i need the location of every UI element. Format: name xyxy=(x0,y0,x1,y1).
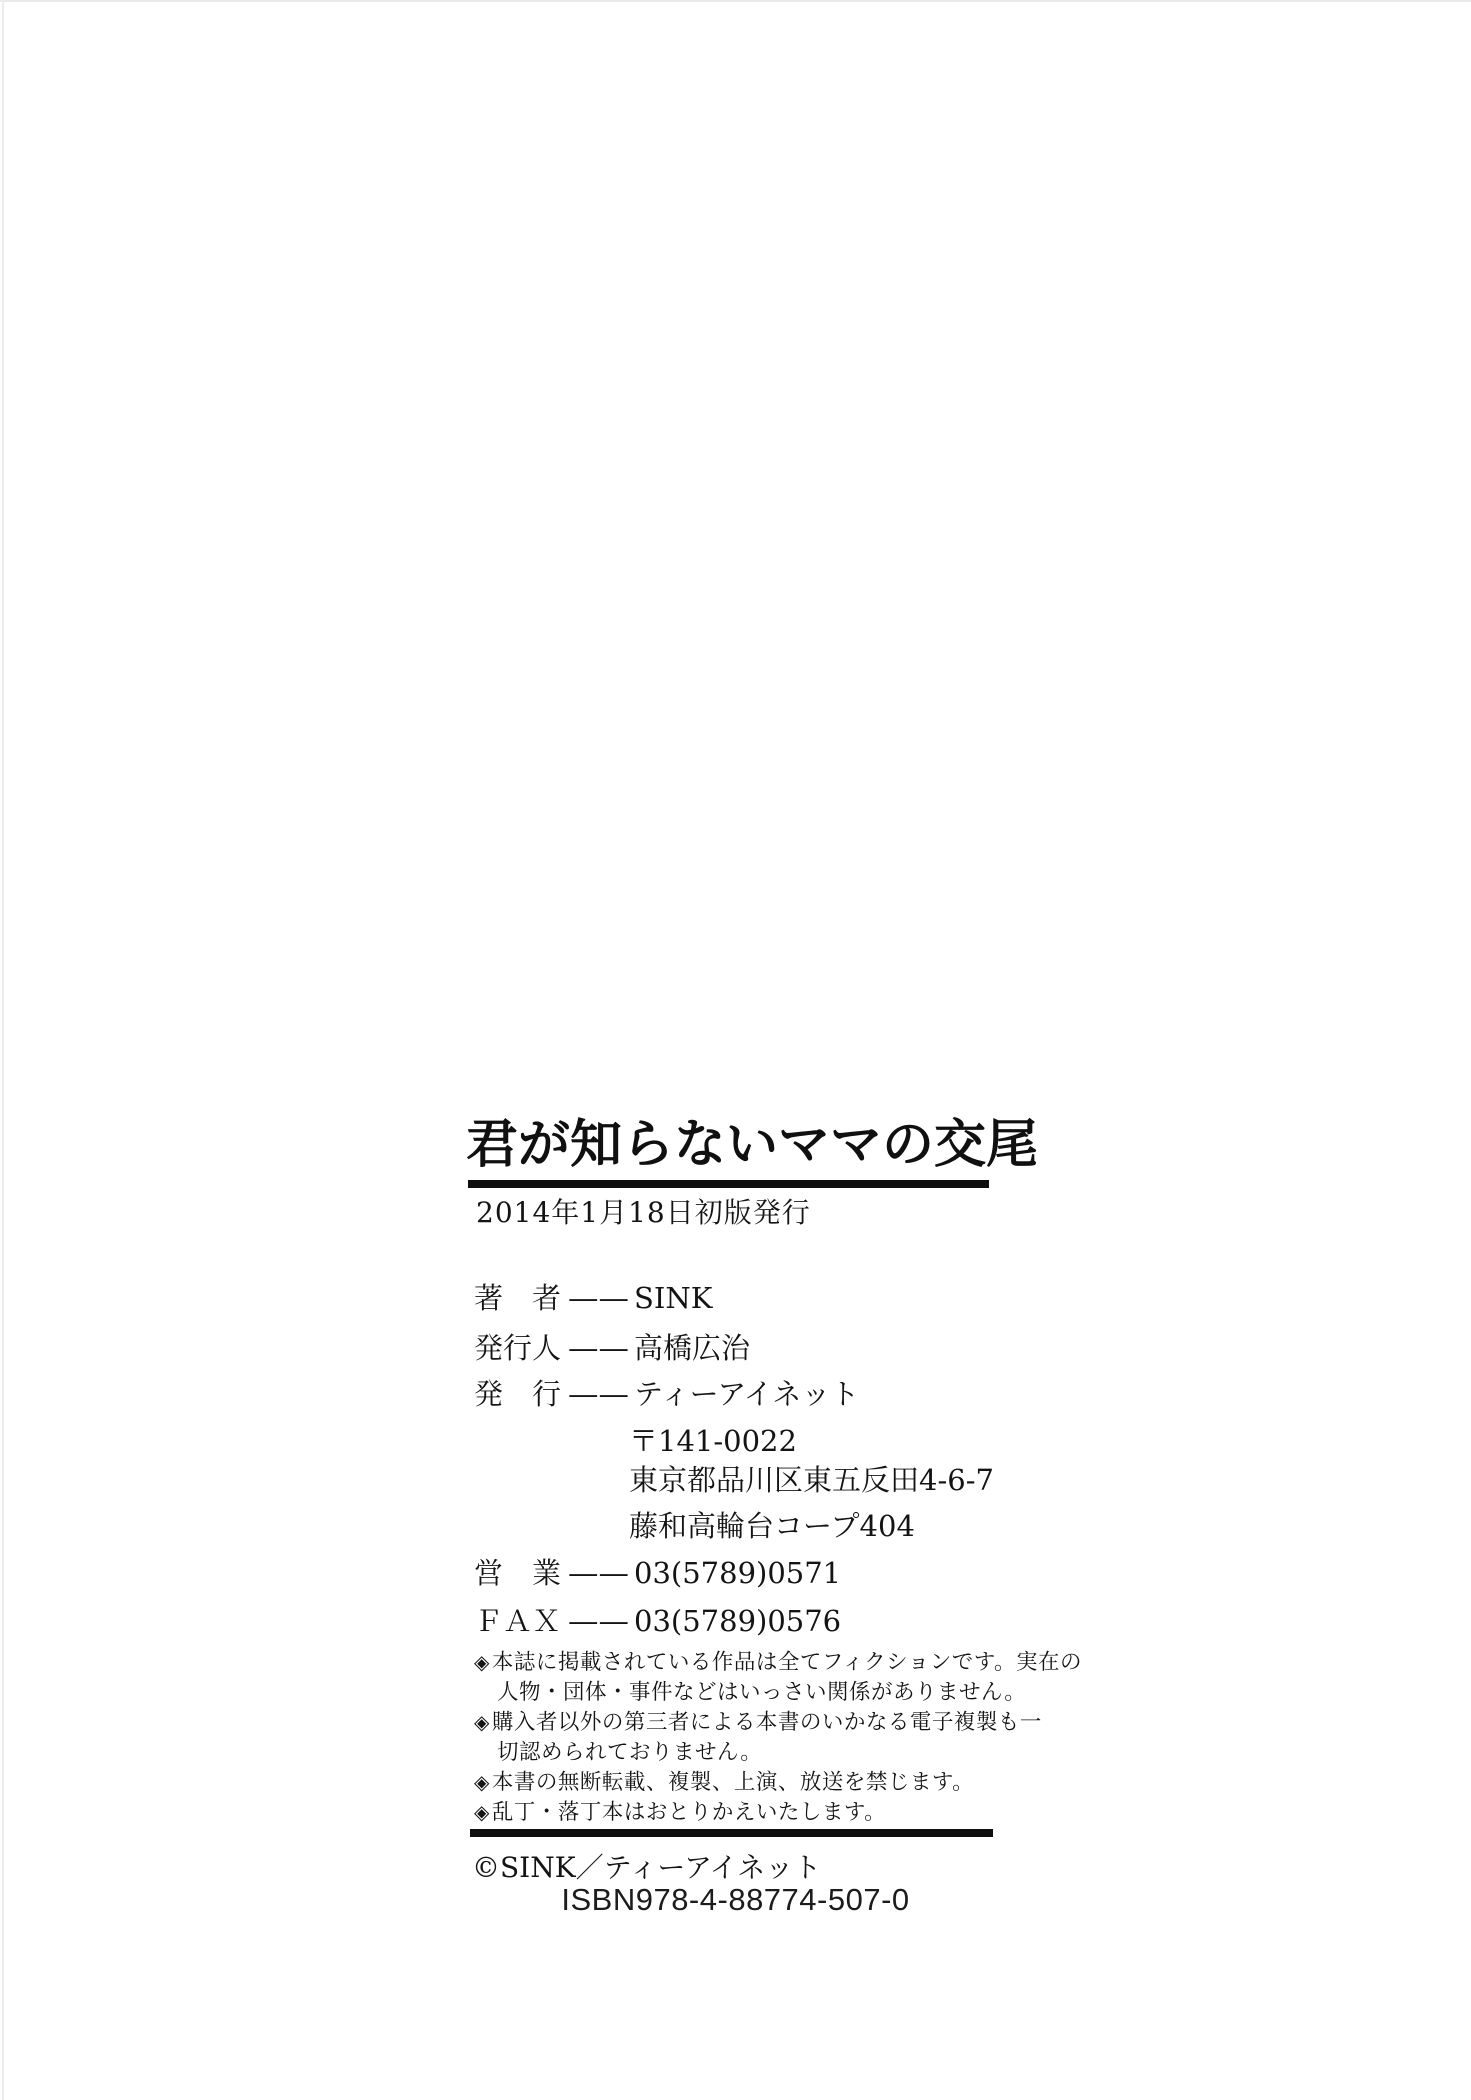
sales-phone-row: 営 業——03(5789)0571 xyxy=(474,1551,841,1592)
double-diamond-icon: ◈ xyxy=(474,1770,490,1794)
notice-fiction-line1: ◈本誌に掲載されている作品は全てフィクションです。実在の xyxy=(474,1645,1082,1676)
issuer-value: 高橋広治 xyxy=(634,1331,750,1365)
notice-text: 切認められておりません。 xyxy=(497,1740,762,1765)
notice-text: 乱丁・落丁本はおとりかえいたします。 xyxy=(492,1800,886,1825)
postal-code: 〒141-0022 xyxy=(629,1419,797,1460)
issuer-row: 発行人——高橋広治 xyxy=(474,1326,750,1367)
isbn: ISBN978-4-88774-507-0 xyxy=(0,1882,1471,1918)
scan-edge-top xyxy=(0,0,1471,2)
leader-dash: —— xyxy=(568,1604,629,1638)
notice-copy-line1: ◈購入者以外の第三者による本書のいかなる電子複製も一 xyxy=(474,1705,1042,1736)
edition-date: 2014年1月18日初版発行 xyxy=(476,1191,811,1231)
notice-fiction-line2: 人物・団体・事件などはいっさい関係がありません。 xyxy=(497,1675,1026,1706)
leader-dash: —— xyxy=(568,1556,629,1590)
notice-reprint: ◈本書の無断転載、複製、上演、放送を禁じます。 xyxy=(474,1765,974,1796)
issuer-label: 発行人 xyxy=(474,1326,568,1367)
copyright-line: ©SINK／ティーアイネット xyxy=(472,1846,821,1886)
double-diamond-icon: ◈ xyxy=(474,1650,490,1674)
notice-text: 購入者以外の第三者による本書のいかなる電子複製も一 xyxy=(492,1710,1042,1735)
publisher-value: ティーアイネット xyxy=(634,1377,859,1411)
notice-text: 本誌に掲載されている作品は全てフィクションです。実在の xyxy=(492,1650,1082,1675)
address-line: 藤和高輪台コープ404 xyxy=(629,1504,915,1545)
notice-text: 人物・団体・事件などはいっさい関係がありません。 xyxy=(497,1680,1026,1705)
notice-copy-line2: 切認められておりません。 xyxy=(497,1735,762,1766)
publisher-row: 発 行——ティーアイネット xyxy=(474,1372,859,1413)
leader-dash: —— xyxy=(568,1377,629,1411)
fax-row: ＦＡＸ——03(5789)0576 xyxy=(474,1599,841,1640)
notice-defective-copy: ◈乱丁・落丁本はおとりかえいたします。 xyxy=(474,1795,886,1826)
fax-label: ＦＡＸ xyxy=(474,1599,568,1640)
leader-dash: —— xyxy=(568,1281,629,1315)
leader-dash: —— xyxy=(568,1331,629,1365)
fax-number: 03(5789)0576 xyxy=(634,1604,841,1638)
book-title: 君が知らないママの交尾 xyxy=(466,1102,1038,1177)
author-row: 著 者——SINK xyxy=(474,1276,712,1317)
notice-text: 本書の無断転載、複製、上演、放送を禁じます。 xyxy=(492,1770,974,1795)
scan-edge-left xyxy=(2,0,4,2100)
title-divider-rule xyxy=(468,1180,989,1188)
publisher-label: 発 行 xyxy=(474,1372,568,1413)
sales-label: 営 業 xyxy=(474,1551,568,1592)
colophon-page: 君が知らないママの交尾 2014年1月18日初版発行 著 者——SINK 発行人… xyxy=(0,0,1471,2100)
double-diamond-icon: ◈ xyxy=(474,1710,490,1734)
author-value: SINK xyxy=(634,1281,712,1315)
author-label: 著 者 xyxy=(474,1276,568,1317)
double-diamond-icon: ◈ xyxy=(474,1800,490,1824)
address-line: 東京都品川区東五反田4-6-7 xyxy=(629,1458,994,1499)
footer-divider-rule xyxy=(470,1829,993,1837)
sales-phone-number: 03(5789)0571 xyxy=(634,1556,841,1590)
